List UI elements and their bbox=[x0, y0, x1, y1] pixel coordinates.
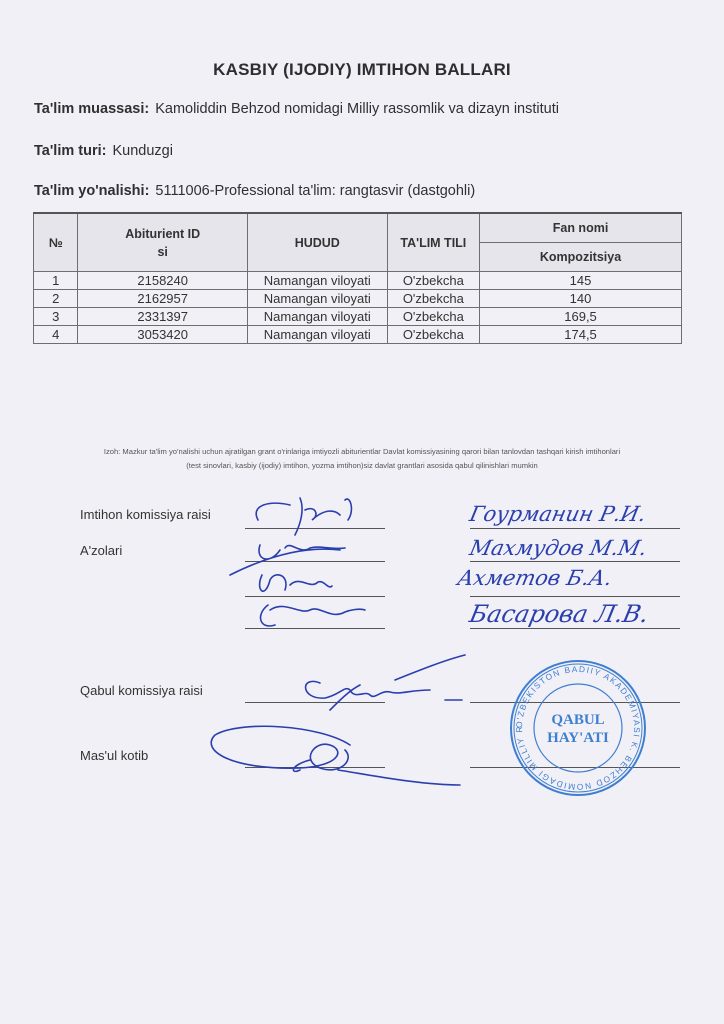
page-title: KASBIY (IJODIY) IMTIHON BALLARI bbox=[0, 60, 724, 80]
table-row: 43053420Namangan viloyatiO'zbekcha174,5 bbox=[34, 326, 682, 344]
signature-line bbox=[245, 561, 385, 562]
svg-text:HAY'ATI: HAY'ATI bbox=[547, 730, 609, 746]
score-cell: 169,5 bbox=[480, 308, 682, 326]
secretary-label: Mas'ul kotib bbox=[80, 748, 148, 763]
admission-stamp: O'ZBEKISTON BADIIY AKADEMIYASI K. BEHZOD… bbox=[508, 658, 648, 798]
field-direction: Ta'lim yo'nalishi:5111006-Professional t… bbox=[34, 183, 475, 199]
handwritten-name: Басарова Л.В. bbox=[467, 600, 651, 628]
handwritten-name: Махмудов М.М. bbox=[467, 536, 649, 560]
field-label: Ta'lim turi: bbox=[34, 143, 106, 159]
region-cell: Namangan viloyati bbox=[247, 308, 387, 326]
score-cell: 145 bbox=[480, 272, 682, 290]
language-cell: O'zbekcha bbox=[387, 272, 479, 290]
handwritten-name: Ахметов Б.А. bbox=[455, 566, 614, 590]
row-number: 2 bbox=[34, 290, 78, 308]
admission-chair-label: Qabul komissiya raisi bbox=[80, 683, 203, 698]
score-cell: 174,5 bbox=[480, 326, 682, 344]
name-line bbox=[470, 561, 680, 562]
header-language: TA'LIM TILI bbox=[387, 213, 479, 272]
exam-chair-label: Imtihon komissiya raisi bbox=[80, 507, 211, 522]
signature-line bbox=[245, 628, 385, 629]
field-value: Kunduzgi bbox=[112, 143, 172, 159]
header-subject-group: Fan nomi bbox=[480, 213, 682, 243]
region-cell: Namangan viloyati bbox=[247, 326, 387, 344]
name-line bbox=[470, 596, 680, 597]
applicant-id: 3053420 bbox=[78, 326, 247, 344]
language-cell: O'zbekcha bbox=[387, 326, 479, 344]
applicant-id: 2158240 bbox=[78, 272, 247, 290]
table-row: 32331397Namangan viloyatiO'zbekcha169,5 bbox=[34, 308, 682, 326]
svg-text:QABUL: QABUL bbox=[551, 712, 604, 728]
signature-line bbox=[245, 596, 385, 597]
header-id: Abiturient ID si bbox=[78, 213, 247, 272]
header-region: HUDUD bbox=[247, 213, 387, 272]
field-label: Ta'lim muassasi: bbox=[34, 101, 149, 117]
score-cell: 140 bbox=[480, 290, 682, 308]
scores-table: № Abiturient ID si HUDUD TA'LIM TILI Fan… bbox=[33, 212, 682, 344]
applicant-id: 2162957 bbox=[78, 290, 247, 308]
note-line: Izoh: Mazkur ta'lim yo'nalishi uchun ajr… bbox=[28, 445, 696, 459]
header-no: № bbox=[34, 213, 78, 272]
region-cell: Namangan viloyati bbox=[247, 272, 387, 290]
applicant-id: 2331397 bbox=[78, 308, 247, 326]
table-row: 12158240Namangan viloyatiO'zbekcha145 bbox=[34, 272, 682, 290]
note-text: Izoh: Mazkur ta'lim yo'nalishi uchun ajr… bbox=[28, 445, 696, 473]
region-cell: Namangan viloyati bbox=[247, 290, 387, 308]
field-institution: Ta'lim muassasi:Kamoliddin Behzod nomida… bbox=[34, 101, 559, 117]
handwritten-name: Гоурманин Р.И. bbox=[467, 502, 648, 526]
field-value: Kamoliddin Behzod nomidagi Milliy rassom… bbox=[155, 101, 559, 117]
language-cell: O'zbekcha bbox=[387, 308, 479, 326]
header-subject: Kompozitsiya bbox=[480, 243, 682, 272]
row-number: 3 bbox=[34, 308, 78, 326]
field-value: 5111006-Professional ta'lim: rangtasvir … bbox=[155, 183, 475, 199]
members-label: A'zolari bbox=[80, 543, 122, 558]
row-number: 4 bbox=[34, 326, 78, 344]
field-study-type: Ta'lim turi:Kunduzgi bbox=[34, 143, 173, 159]
signature-line bbox=[245, 702, 385, 703]
name-line bbox=[470, 628, 680, 629]
note-line: (test sinovlari, kasbiy (ijodiy) imtihon… bbox=[28, 459, 696, 473]
language-cell: O'zbekcha bbox=[387, 290, 479, 308]
row-number: 1 bbox=[34, 272, 78, 290]
signature-line bbox=[245, 528, 385, 529]
name-line bbox=[470, 528, 680, 529]
field-label: Ta'lim yo'nalishi: bbox=[34, 183, 149, 199]
table-row: 22162957Namangan viloyatiO'zbekcha140 bbox=[34, 290, 682, 308]
signature-line bbox=[245, 767, 385, 768]
